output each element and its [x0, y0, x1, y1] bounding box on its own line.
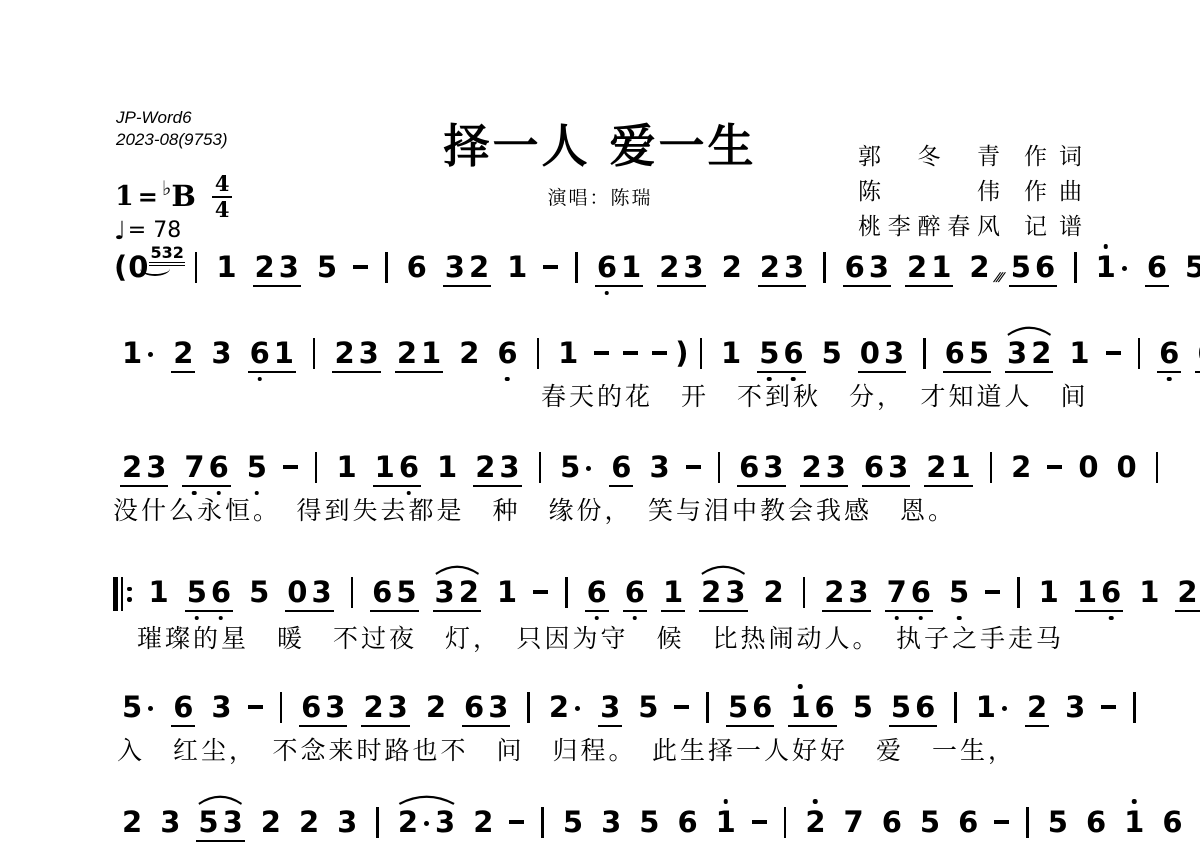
note: 6 — [464, 692, 484, 723]
note: 1 — [1039, 577, 1059, 608]
barline — [1017, 577, 1020, 608]
note-number: 3 — [1007, 338, 1027, 369]
note-group: 6 — [585, 577, 609, 608]
octave-dot-below — [767, 377, 772, 382]
note-number: 0 — [1117, 452, 1137, 483]
note-group: 5 — [1183, 252, 1200, 283]
score-system-2: 123612321261)15650365321661232春天的花 开 不到秋… — [113, 338, 1200, 412]
note: 1 — [375, 452, 395, 483]
note-group: 5 — [636, 692, 660, 723]
note-number: 6 — [752, 692, 772, 723]
note-number: 3 — [435, 577, 455, 608]
octave-dot-above — [1103, 244, 1108, 249]
duration-dash — [686, 465, 701, 469]
note: 1 — [950, 452, 970, 483]
note-group: 21 — [395, 338, 443, 369]
note-group: 2 — [297, 807, 321, 838]
note-number: 1 — [274, 338, 294, 369]
note-number: 6 — [1159, 338, 1179, 369]
note: 0 — [1078, 452, 1098, 483]
note-number: 2 — [764, 577, 784, 608]
note-group: 21 — [924, 452, 972, 483]
note: 2 — [173, 338, 193, 369]
note-group: 3 — [598, 692, 622, 723]
note: 2 — [659, 252, 679, 283]
note: 0 — [1117, 452, 1137, 483]
note-number: 2 — [760, 252, 780, 283]
score-system-1: (053212356321612322363212///5616556 — [113, 252, 1200, 293]
note: 2 — [1027, 692, 1047, 723]
note: 1 — [421, 338, 441, 369]
note: 3 — [600, 692, 620, 723]
note-group: 1 — [505, 252, 529, 283]
note-number: 5 — [396, 577, 416, 608]
notation-line: 56363232632355616556123 — [113, 692, 1146, 723]
note-number: 1 — [421, 338, 441, 369]
note-number: 1 — [336, 452, 356, 483]
note-group: 6 — [1084, 807, 1108, 838]
barline — [195, 252, 198, 283]
note: 2 — [926, 452, 946, 483]
augmentation-dot — [1002, 706, 1007, 711]
augmentation-dot — [148, 706, 153, 711]
note-group: 3 — [158, 807, 182, 838]
note-group: 5 — [561, 807, 585, 838]
note-number: 2 — [824, 577, 844, 608]
note: 3 — [725, 577, 745, 608]
note: 3 — [160, 807, 180, 838]
note-group: 1 — [120, 338, 157, 369]
note-number: 3 — [337, 807, 357, 838]
duration-dash — [543, 265, 558, 269]
note-group: 2 — [1025, 692, 1049, 723]
note: 3 — [649, 452, 669, 483]
note-number: 5 — [728, 692, 748, 723]
note-group: 2 — [547, 692, 584, 723]
note-number: 3 — [649, 452, 669, 483]
barline — [376, 807, 379, 838]
note-group: 3 — [209, 692, 233, 723]
note: 2 — [802, 452, 822, 483]
note: 5 — [396, 577, 416, 608]
note-group: 23 — [253, 252, 301, 283]
note-number: 1 — [1096, 252, 1116, 283]
note: 5 — [122, 692, 155, 723]
note-number: 6 — [915, 692, 935, 723]
note: 2 — [549, 692, 582, 723]
note-number: 6 — [845, 252, 865, 283]
note: 1 — [621, 252, 641, 283]
note: 2 — [722, 252, 742, 283]
note: 2 — [397, 338, 417, 369]
note-group: 63 — [862, 452, 910, 483]
note-number: 1 — [437, 452, 457, 483]
note-group: 23 — [699, 577, 747, 608]
note: 2 — [764, 577, 784, 608]
note-group: 1 — [661, 577, 685, 608]
note-group: 5 — [820, 338, 844, 369]
note-number: 1 — [721, 338, 741, 369]
barline — [823, 252, 826, 283]
score-system-6: 23532232325356127656561626 — [113, 807, 1200, 838]
note: 3 — [211, 692, 231, 723]
note-number: 3 — [683, 252, 703, 283]
note-group: 16 — [1075, 577, 1123, 608]
note: 3 — [869, 252, 889, 283]
note: 2 — [760, 252, 780, 283]
note: 7 — [844, 807, 864, 838]
note-group: 0 — [1076, 452, 1100, 483]
note-group: 23 — [396, 807, 457, 838]
grace-group: 532 — [149, 244, 184, 266]
note: 6 — [783, 338, 803, 369]
note-number: 6 — [173, 692, 193, 723]
note-number: 6 — [1101, 577, 1121, 608]
barline — [539, 452, 542, 483]
octave-dot-below — [195, 616, 200, 621]
note-group: 76 — [885, 577, 933, 608]
note: 1 — [1139, 577, 1159, 608]
barline — [1026, 807, 1029, 838]
note: 6 — [173, 692, 193, 723]
barline — [527, 692, 530, 723]
note-number: 2 — [802, 452, 822, 483]
note-group: 1 — [334, 452, 358, 483]
octave-dot-below — [192, 491, 197, 496]
note-number: 2 — [122, 452, 142, 483]
note-number: 2 — [475, 452, 495, 483]
note-number: 2 — [398, 807, 418, 838]
note-number: 2 — [701, 577, 721, 608]
note-group: 6 — [675, 807, 699, 838]
note: 3 — [601, 807, 621, 838]
note-number: 0 — [860, 338, 880, 369]
octave-dot-below — [919, 616, 924, 621]
note: 5 — [969, 338, 989, 369]
note-group: 5 — [120, 692, 157, 723]
note: 6 — [407, 252, 427, 283]
notation-line: 23532232325356127656561626 — [113, 807, 1200, 838]
note-group: 2 — [424, 692, 448, 723]
note-group: 2 — [171, 338, 195, 369]
note-group: 6 — [495, 338, 519, 369]
note: 3 — [325, 692, 345, 723]
note-number: 6 — [250, 338, 270, 369]
note-group: 5 — [558, 452, 595, 483]
note: 5 — [563, 807, 583, 838]
note: 5 — [822, 338, 842, 369]
note: 2 — [363, 692, 383, 723]
note-group: 1 — [495, 577, 519, 608]
barline — [541, 807, 544, 838]
note-group: 63 — [843, 252, 891, 283]
duration-dash — [752, 820, 767, 824]
score-body: (053212356321612322363212///561655612361… — [0, 0, 1200, 850]
note: 3 — [1007, 338, 1027, 369]
note-number: 2 — [549, 692, 569, 723]
octave-dot-below — [957, 616, 962, 621]
note: 1 — [274, 338, 294, 369]
duration-dash — [283, 465, 298, 469]
note: 6 — [597, 252, 617, 283]
note-number: 6 — [407, 252, 427, 283]
note: 2 — [1031, 338, 1051, 369]
note: 5 — [728, 692, 748, 723]
note-number: 7 — [844, 807, 864, 838]
note: 3 — [763, 452, 783, 483]
note-group: 6 — [1145, 252, 1169, 283]
note-number: 1 — [1124, 807, 1144, 838]
octave-dot-below — [594, 616, 599, 621]
note: 6 — [911, 577, 931, 608]
note-number: 3 — [211, 692, 231, 723]
octave-dot-above — [723, 799, 728, 804]
note-group: 23 — [822, 577, 870, 608]
note: 3 — [488, 692, 508, 723]
note: 0 — [860, 338, 880, 369]
note: 2 — [475, 452, 495, 483]
note-group: 23 — [473, 452, 521, 483]
note-group: 23 — [800, 452, 848, 483]
note-group: 1 — [974, 692, 1011, 723]
note-number: 5 — [949, 577, 969, 608]
note: 5 — [560, 452, 593, 483]
note-group: 23 — [657, 252, 705, 283]
note-group: 5 — [245, 452, 269, 483]
octave-dot-above — [813, 799, 818, 804]
note-group: 7 — [842, 807, 866, 838]
note-number: 2 — [299, 807, 319, 838]
note-group: 6 — [171, 692, 195, 723]
note: 3 — [435, 807, 455, 838]
note: 6 — [1035, 252, 1055, 283]
note-number: 2 — [722, 252, 742, 283]
note-group: 3 — [209, 338, 233, 369]
augmentation-dot — [586, 466, 591, 471]
note-number: 1 — [497, 577, 517, 608]
note-number: 2 — [334, 338, 354, 369]
note-number: 5 — [198, 807, 218, 838]
note: 1 — [497, 577, 517, 608]
note: 2 — [1011, 452, 1031, 483]
note: 1 — [149, 577, 169, 608]
note: 6 — [1162, 807, 1182, 838]
note-group: 1 — [1067, 338, 1091, 369]
note: 6 — [752, 692, 772, 723]
note-group: 2 — [803, 807, 827, 838]
note-number: 6 — [882, 807, 902, 838]
note-number: 6 — [958, 807, 978, 838]
note: 1 — [721, 338, 741, 369]
duration-dash — [353, 265, 368, 269]
slide-mark: /// — [991, 262, 1005, 293]
note: 5 — [187, 577, 207, 608]
note-group: 1 — [1122, 807, 1146, 838]
note: 2 — [459, 577, 479, 608]
octave-dot-below — [407, 491, 412, 496]
tie-arc — [1006, 325, 1052, 336]
note-group: 1 — [435, 452, 459, 483]
note: 5 — [891, 692, 911, 723]
note: 1 — [663, 577, 683, 608]
note-number: 6 — [597, 252, 617, 283]
note-number: 3 — [784, 252, 804, 283]
note: 5 — [317, 252, 337, 283]
note-group: 5 — [851, 692, 875, 723]
note: 1 — [790, 692, 810, 723]
barline — [280, 692, 283, 723]
note-number: 6 — [587, 577, 607, 608]
duration-dash — [1047, 465, 1062, 469]
note: 6 — [945, 338, 965, 369]
note-group: 2 — [967, 252, 991, 283]
octave-dot-above — [1132, 799, 1137, 804]
octave-dot-above — [798, 684, 803, 689]
note: 2 — [805, 807, 825, 838]
note-group: 63 — [737, 452, 785, 483]
note: 6 — [677, 807, 697, 838]
note: 1 — [1096, 252, 1129, 283]
note: 5 — [1048, 807, 1068, 838]
augmentation-dot — [424, 821, 429, 826]
note-number: 6 — [1035, 252, 1055, 283]
note: 5 — [853, 692, 873, 723]
note-group: 32 — [443, 252, 491, 283]
note-group: 1 — [719, 338, 743, 369]
note: 6 — [915, 692, 935, 723]
note-number: 3 — [725, 577, 745, 608]
note: 1 — [1069, 338, 1089, 369]
note-group: 65 — [370, 577, 418, 608]
note-number: 5 — [249, 577, 269, 608]
note-number: 3 — [160, 807, 180, 838]
note-number: 1 — [122, 338, 142, 369]
note-number: 1 — [1139, 577, 1159, 608]
note-number: 1 — [976, 692, 996, 723]
score-system-5: 56363232632355616556123入 红尘， 不念来时路也不 问 归… — [113, 692, 1146, 766]
note-group: 6 — [609, 452, 633, 483]
note-number: 5 — [969, 338, 989, 369]
note: 1 — [437, 452, 457, 483]
note: 6 — [399, 452, 419, 483]
note: 1 — [216, 252, 236, 283]
barline — [803, 577, 806, 608]
note-group: 56 — [185, 577, 233, 608]
note-group: 6 — [1195, 338, 1200, 369]
note: 2 — [824, 577, 844, 608]
octave-dot-below — [216, 491, 221, 496]
note-number: 6 — [864, 452, 884, 483]
note: 7 — [887, 577, 907, 608]
notation-line: (053212356321612322363212///5616556 — [113, 252, 1200, 293]
note: 2 — [398, 807, 431, 838]
note-number: 3 — [1065, 692, 1085, 723]
note-group: 65 — [943, 338, 991, 369]
duration-dash — [985, 590, 1000, 594]
note: 6 — [372, 577, 392, 608]
note-number: 2 — [459, 338, 479, 369]
note-number: 3 — [499, 452, 519, 483]
note-group: 2 — [457, 338, 481, 369]
note-number: 1 — [1039, 577, 1059, 608]
note-number: 3 — [388, 692, 408, 723]
note-group: 5 — [1046, 807, 1070, 838]
octave-dot-below — [894, 616, 899, 621]
barline — [954, 692, 957, 723]
note-number: 1 — [716, 807, 736, 838]
notation-line: 1565036532166123223765116123 — [113, 577, 1200, 611]
barline — [784, 807, 787, 838]
note: 1 — [336, 452, 356, 483]
duration-dash — [1106, 351, 1121, 355]
note-number: 6 — [815, 692, 835, 723]
repeat-thin-bar — [121, 577, 123, 611]
note: 1 — [122, 338, 155, 369]
note: 2 — [122, 807, 142, 838]
note-group: 03 — [285, 577, 333, 608]
barline — [718, 452, 721, 483]
note-group: 1 — [714, 807, 738, 838]
note-number: 1 — [663, 577, 683, 608]
note: 6 — [497, 338, 517, 369]
note: 7 — [184, 452, 204, 483]
note: 1 — [1124, 807, 1144, 838]
note-number: 6 — [399, 452, 419, 483]
paren: ) — [675, 338, 688, 369]
note-number: 2 — [122, 807, 142, 838]
note: 1 — [558, 338, 578, 369]
duration-dash — [248, 705, 263, 709]
note-number: 2 — [261, 807, 281, 838]
octave-dot-below — [1167, 377, 1172, 382]
note-number: 6 — [783, 338, 803, 369]
note-group: 1 — [556, 338, 580, 369]
note-number: 1 — [149, 577, 169, 608]
note-number: 6 — [945, 338, 965, 369]
note-number: 3 — [435, 807, 455, 838]
grace-note-cluster: (0532 — [113, 252, 185, 283]
note-number: 3 — [445, 252, 465, 283]
note-number: 1 — [1069, 338, 1089, 369]
note: 3 — [337, 807, 357, 838]
note: 6 — [739, 452, 759, 483]
note: 2 — [255, 252, 275, 283]
note: 6 — [301, 692, 321, 723]
note-number: 3 — [888, 452, 908, 483]
note-number: 2 — [1177, 577, 1197, 608]
note-number: 5 — [560, 452, 580, 483]
note: 6 — [1101, 577, 1121, 608]
note-number: 6 — [211, 577, 231, 608]
note-group: 32 — [433, 577, 481, 608]
note: 3 — [445, 252, 465, 283]
note: 3 — [499, 452, 519, 483]
note: 6 — [587, 577, 607, 608]
note: 5 — [759, 338, 779, 369]
note-number: 6 — [1147, 252, 1167, 283]
note: 3 — [848, 577, 868, 608]
note-group: 61 — [595, 252, 643, 283]
note: 3 — [784, 252, 804, 283]
octave-dot-below — [633, 616, 638, 621]
note-number: 3 — [223, 807, 243, 838]
note-group: 23 — [361, 692, 409, 723]
note-number: 3 — [884, 338, 904, 369]
open-paren: ( — [114, 252, 127, 283]
note: 2 — [459, 338, 479, 369]
note: 1 — [931, 252, 951, 283]
note: 5 — [1011, 252, 1031, 283]
